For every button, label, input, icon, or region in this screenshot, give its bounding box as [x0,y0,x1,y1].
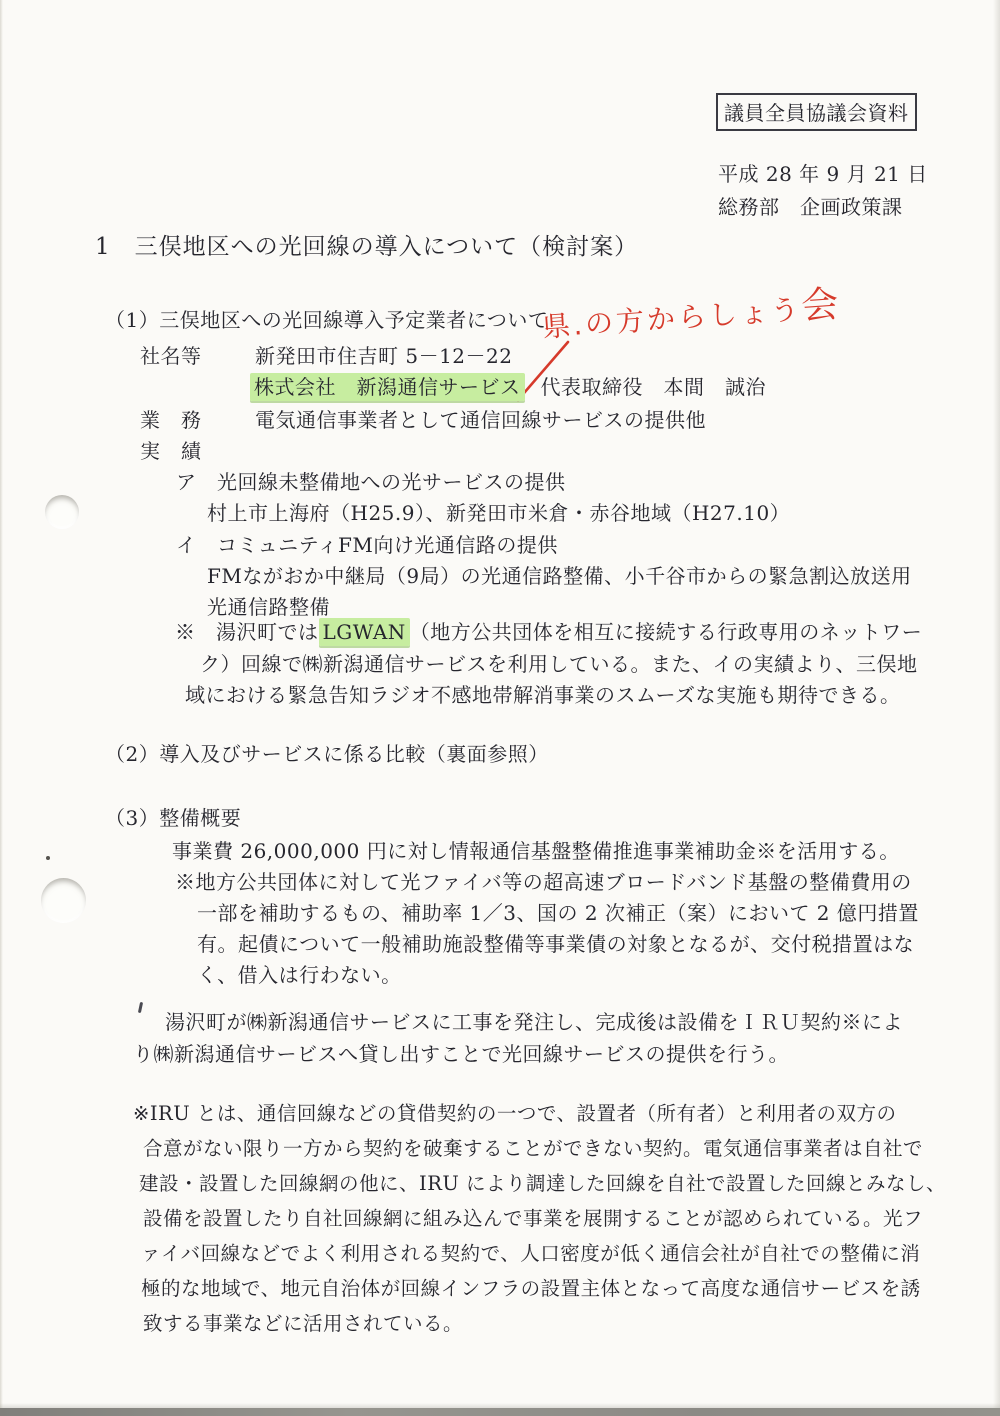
stamp-box: 議員全員協議会資料 [716,93,917,131]
department-line: 総務部 企画政策課 [718,195,903,220]
lgwan-note-pre: ※ 湯沢町では [175,620,319,644]
scanner-edge-bottom [0,1408,1000,1416]
subsidy-note-line-2: 一部を補助するもの、補助率 1／3、国の 2 次補正（案）において 2 億円措置 [197,901,919,926]
lgwan-note-line-3: 域における緊急告知ラジオ不感地帯解消事業のスムーズな実施も期待できる。 [185,683,901,708]
business-text: 電気通信事業者として通信回線サービスの提供他 [255,408,706,433]
handwritten-annotation: 県.の方からしょう会 [540,273,840,348]
result-a-line: ア 光回線未整備地への光サービスの提供 [176,470,566,495]
iru-note-line-6: 極的な地域で、地元自治体が回線インフラの設置主体となって高度な通信サービスを誘 [141,1277,921,1301]
iru-note-line-2: 合意がない限り一方から契約を破棄することができない契約。電気通信事業者は自社で [143,1137,923,1161]
section3-heading: （3）整備概要 [105,806,241,831]
paper-right-edge [993,0,1000,1416]
handwriting-text: 県.の方からしょう [541,293,803,344]
pen-tick-mark [138,1002,143,1013]
punch-hole-top [45,495,79,529]
company-name-highlight: 株式会社 新潟通信サービス [250,373,525,401]
company-label: 社名等 [140,344,202,369]
result-a-detail: 村上市上海府（H25.9）、新発田市米倉・赤谷地域（H27.10） [207,501,790,526]
result-i-detail-2: 光通信路整備 [207,595,330,620]
iru-note-line-1: ※IRU とは、通信回線などの貸借契約の一つで、設置者（所有者）と利用者の双方の [133,1102,896,1126]
lgwan-highlight: LGWAN [319,618,410,646]
handwriting-suffix: 会 [800,282,840,327]
subsidy-note-line-4: く、借入は行わない。 [197,963,402,988]
company-representative: 代表取締役 本間 誠治 [541,375,767,399]
order-para-line-1: 湯沢町が㈱新潟通信サービスに工事を発注し、完成後は設備をＩＲＵ契約※によ [165,1010,903,1035]
ink-speck [46,856,50,860]
order-para-line-2: り㈱新潟通信サービスへ貸し出すことで光回線サービスの提供を行う。 [133,1042,789,1067]
iru-note-line-5: ァイバ回線などでよく利用される契約で、人口密度が低く通信会社が自社での整備に消 [141,1242,920,1266]
business-label: 業 務 [140,408,202,433]
result-i-line: イ コミュニティFM向け光通信路の提供 [176,533,558,558]
punch-hole-bottom [41,878,86,923]
company-name-row: 株式会社 新潟通信サービス代表取締役 本間 誠治 [250,375,766,400]
iru-note-line-4: 設備を設置したり自社回線網に組み込んで事業を展開することが認められている。光フ [143,1207,923,1231]
paper-left-edge [0,0,3,1416]
scanned-document-page: 議員全員協議会資料 平成 28 年 9 月 21 日 総務部 企画政策課 1 三… [0,0,1000,1416]
section1-heading: （1）三俣地区への光回線導入予定業者について [105,308,548,333]
result-i-detail-1: FMながおか中継局（9局）の光通信路整備、小千谷市からの緊急割込放送用 [207,564,912,589]
lgwan-note-line-1: ※ 湯沢町ではLGWAN（地方公共団体を相互に接続する行政専用のネットワー [175,620,922,645]
date-line: 平成 28 年 9 月 21 日 [718,162,928,187]
lgwan-note-rest: （地方公共団体を相互に接続する行政専用のネットワー [410,620,923,644]
lgwan-note-line-2: ク）回線で㈱新潟通信サービスを利用している。また、イの実績より、三俣地 [200,652,918,677]
company-address: 新発田市住吉町 5－12－22 [255,344,512,369]
section2-heading: （2）導入及びサービスに係る比較（裏面参照） [105,742,549,767]
results-label: 実 績 [140,439,202,464]
subsidy-note-line-1: ※地方公共団体に対して光ファイバ等の超高速ブロードバンド基盤の整備費用の [175,870,912,895]
doc-title: 1 三俣地区への光回線の導入について（検討案） [95,233,638,262]
iru-note-line-7: 致する事業などに活用されている。 [143,1312,463,1336]
subsidy-note-line-3: 有。起債について一般補助施設整備等事業債の対象となるが、交付税措置はな [197,932,914,957]
iru-note-line-3: 建設・設置した回線網の他に、IRU により調達した回線を自社で設置した回線とみな… [139,1172,946,1196]
cost-line: 事業費 26,000,000 円に対し情報通信基盤整備推進事業補助金※を活用する… [172,839,900,864]
